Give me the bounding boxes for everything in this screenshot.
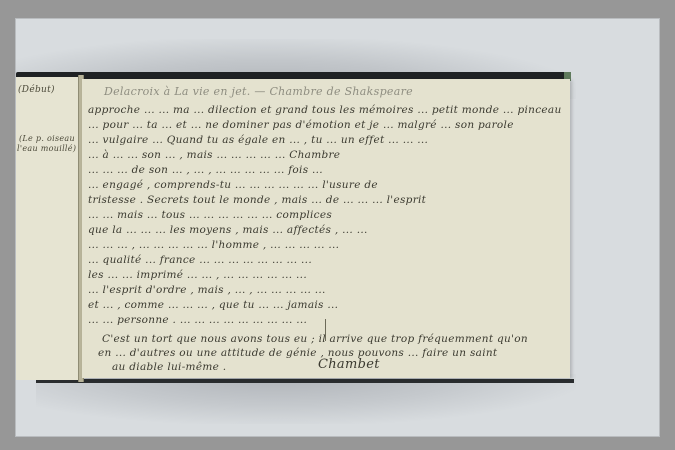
right-page: Delacroix à La vie en jet. — Chambre de … [82,79,570,378]
closing-line: C'est un tort que nous avons tous eu ; i… [102,333,528,345]
text-line: ... qualité ... france ... ... ... ... .… [88,254,312,266]
text-line: les ... ... imprimé ... ... , ... ... ..… [88,269,307,281]
text-line: ... vulgaire ... Quand tu as égale en ..… [88,134,428,146]
text-line: ... ... mais ... tous ... ... ... ... ..… [88,209,332,221]
closing-line: en ... d'autres ou une attitude de génie… [98,347,497,359]
text-line: ... l'esprit d'ordre , mais , ... , ... … [88,284,326,296]
text-line: ... ... ... , ... ... ... ... ... l'homm… [88,239,339,251]
text-line: ... engagé , comprends-tu ... ... ... ..… [88,179,378,191]
photograph: (Début) (Le p. oiseau l'eau mouillé) Del… [15,18,660,437]
signature: Chambet [318,357,380,372]
left-page: (Début) (Le p. oiseau l'eau mouillé) [16,77,79,380]
margin-note: l'eau mouillé) [17,144,76,153]
text-line: ... ... personne . ... ... ... ... ... .… [88,314,307,326]
text-line: approche ... ... ma ... dilection et gra… [88,104,562,116]
text-line: ... à ... ... son ... , mais ... ... ...… [88,149,340,161]
text-line: tristesse . Secrets tout le monde , mais… [88,194,426,206]
page-header: Delacroix à La vie en jet. — Chambre de … [104,85,413,98]
text-line: et ... , comme ... ... ... , que tu ... … [88,299,338,311]
closing-line: au diable lui-même . [112,361,226,373]
notebook-cover-bottom [36,379,574,383]
margin-note: (Début) [18,85,55,95]
text-line: ... pour ... ta ... et ... ne dominer pa… [88,119,514,131]
margin-note: (Le p. oiseau [19,134,75,143]
text-line: que la ... ... ... les moyens , mais ...… [88,224,368,236]
text-line: ... ... ... de son ... , ... , ... ... .… [88,164,323,176]
